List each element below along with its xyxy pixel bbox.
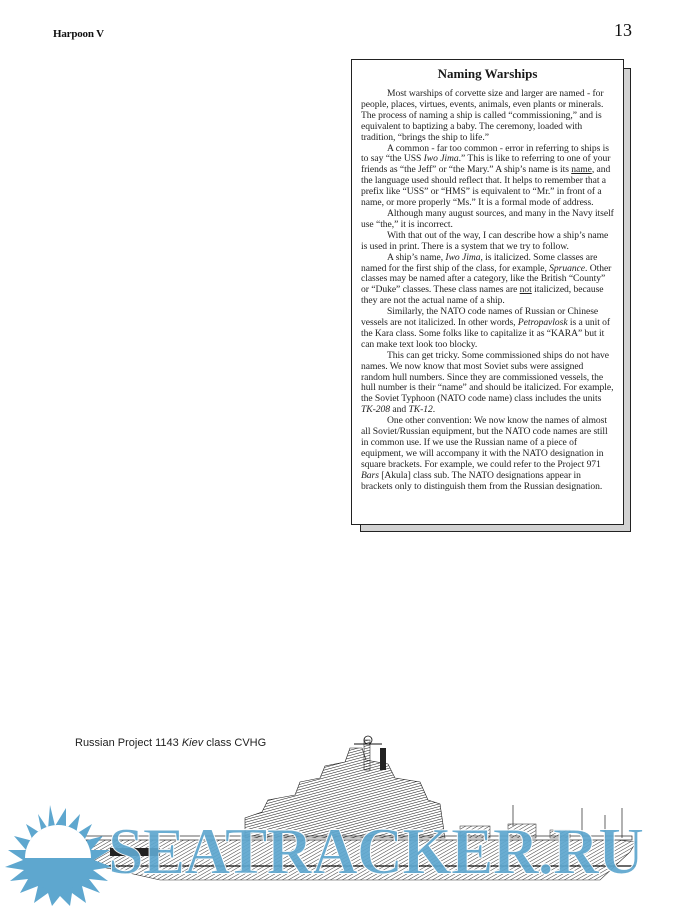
naming-warships-sidebar: Naming Warships Most warships of corvett… [351,59,624,525]
sidebar-paragraph: Although many august sources, and many i… [361,209,614,231]
sidebar-paragraph: This can get tricky. Some commissioned s… [361,351,614,416]
sidebar-paragraph: With that out of the way, I can describe… [361,231,614,253]
watermark-text: SEATRACKER.RU [108,818,643,885]
sidebar-paragraph: A ship’s name, Iwo Jima, is italicized. … [361,253,614,308]
sidebar-paragraph: A common - far too common - error in ref… [361,144,614,209]
running-head: Harpoon V [53,28,104,40]
sidebar-body: Most warships of corvette size and large… [361,89,614,493]
sidebar-title: Naming Warships [361,66,614,82]
page-number: 13 [614,20,632,41]
sidebar-paragraph: One other convention: We now know the na… [361,416,614,492]
sidebar-paragraph: Similarly, the NATO code names of Russia… [361,307,614,351]
sidebar-paragraph: Most warships of corvette size and large… [361,89,614,144]
